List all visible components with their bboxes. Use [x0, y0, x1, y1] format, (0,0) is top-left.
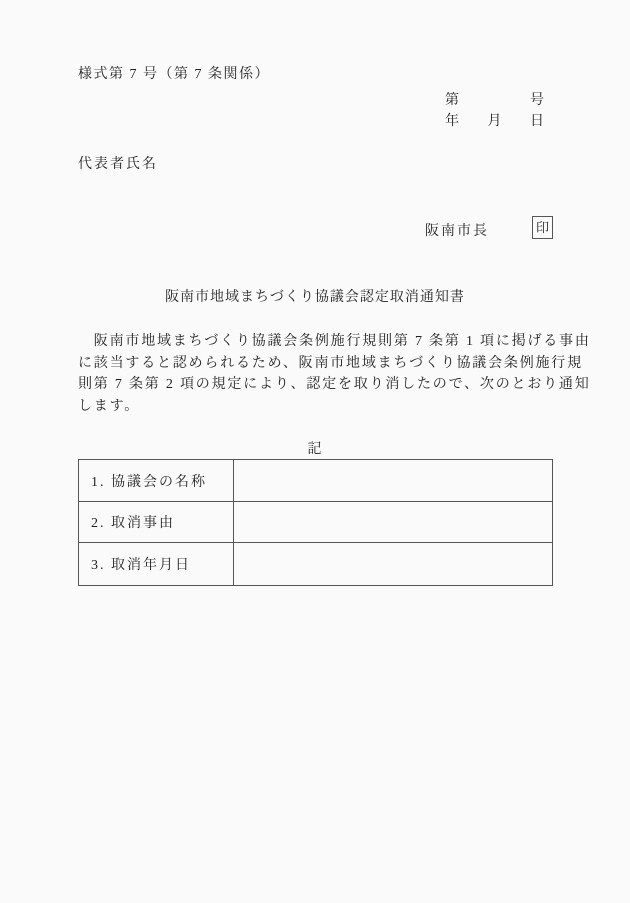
representative-name-label: 代表者氏名 — [78, 153, 158, 173]
table-row-label: 1. 協議会の名称 — [79, 460, 234, 501]
table-row-value — [234, 502, 552, 542]
document-page: 様式第 7 号（第 7 条関係） 第 号 年 月 日 代表者氏名 阪南市長 印 … — [0, 0, 630, 903]
record-marker: 記 — [0, 438, 630, 458]
page-title: 阪南市地域まちづくり協議会認定取消通知書 — [0, 286, 630, 306]
body-paragraph: 阪南市地域まちづくり協議会条例施行規則第 7 条第 1 項に掲げる事由 に該当す… — [78, 331, 556, 417]
table-row: 1. 協議会の名称 — [79, 460, 552, 501]
date-month-label: 月 — [488, 110, 502, 130]
date-day-label: 日 — [530, 110, 544, 130]
table-row-value — [234, 543, 552, 585]
table-row-label: 2. 取消事由 — [79, 502, 234, 542]
doc-number-suffix: 号 — [530, 89, 544, 109]
body-line: 阪南市地域まちづくり協議会条例施行規則第 7 条第 1 項に掲げる事由 — [78, 331, 556, 353]
table-row-label: 3. 取消年月日 — [79, 543, 234, 585]
notice-table: 1. 協議会の名称 2. 取消事由 3. 取消年月日 — [78, 459, 553, 586]
table-row: 2. 取消事由 — [79, 501, 552, 542]
doc-number-prefix: 第 — [445, 89, 459, 109]
body-line: 則第 7 条第 2 項の規定により、認定を取り消したので、次のとおり通知 — [78, 374, 556, 396]
table-row: 3. 取消年月日 — [79, 542, 552, 585]
mayor-label: 阪南市長 — [425, 220, 489, 240]
seal-placeholder: 印 — [532, 216, 553, 239]
document-number-line: 第 号 — [445, 89, 544, 109]
body-line: します。 — [78, 396, 556, 418]
form-number: 様式第 7 号（第 7 条関係） — [78, 63, 270, 83]
date-year-label: 年 — [445, 110, 459, 130]
table-row-value — [234, 460, 552, 501]
body-line: に該当すると認められるため、阪南市地域まちづくり協議会条例施行規 — [78, 353, 556, 375]
date-line: 年 月 日 — [445, 110, 544, 130]
